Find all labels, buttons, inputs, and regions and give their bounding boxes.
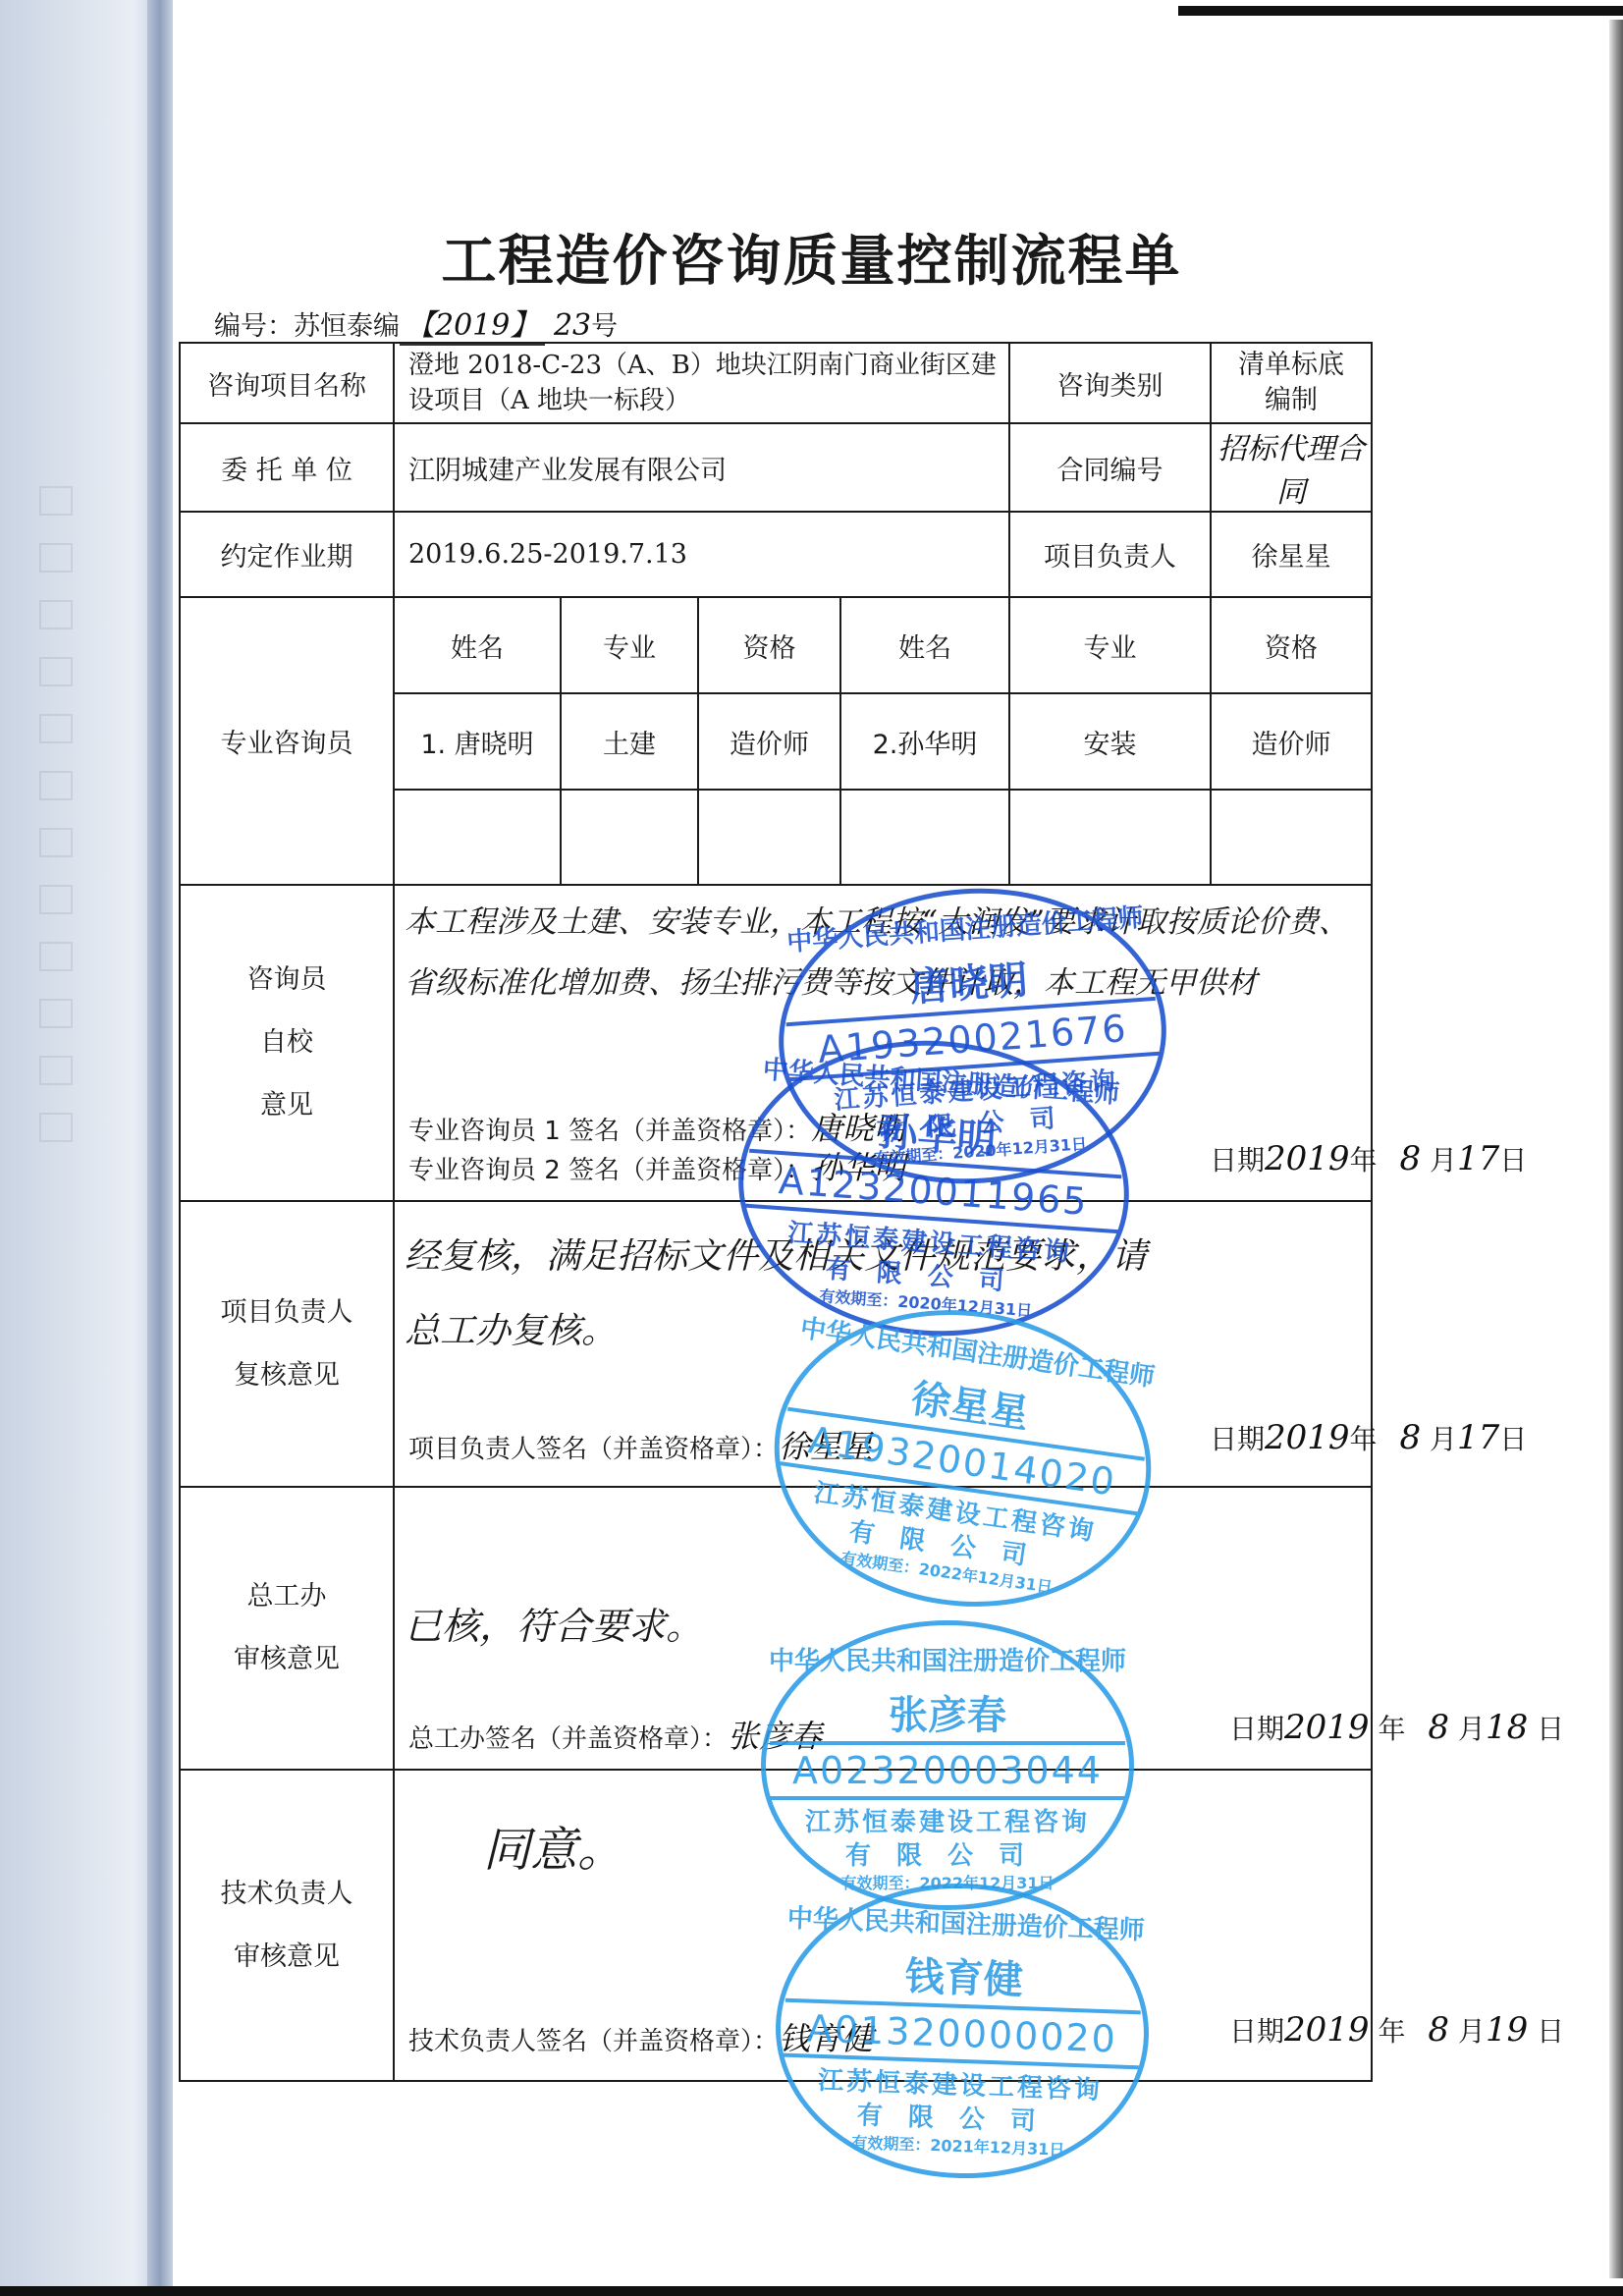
page-right-edge [1609, 20, 1623, 2278]
header-name-2: 姓名 [840, 597, 1009, 693]
chief-office-cell: 已核，符合要求。 总工办签名（并盖资格章）：张彦春 日期2019 年 8 月18… [394, 1487, 1372, 1770]
contract-label: 合同编号 [1009, 423, 1211, 512]
client-value: 江阴城建产业发展有限公司 [394, 423, 1009, 512]
chief-office-sign-line: 总工办签名（并盖资格章）：张彦春 [408, 1712, 822, 1757]
number-label: 编号：苏恒泰编 [214, 311, 400, 342]
consultant-2-specialty: 安装 [1009, 693, 1211, 790]
contract-value: 招标代理合同 [1211, 423, 1372, 512]
document-title: 工程造价咨询质量控制流程单 [0, 218, 1623, 297]
technical-sign-line: 技术负责人签名（并盖资格章）：钱育健 [408, 2014, 873, 2059]
client-label: 委 托 单 位 [180, 423, 394, 512]
binding-edge [147, 0, 173, 2296]
manager-review-date: 日期2019年 8 月17日 [1210, 1418, 1527, 1457]
scan-top-border [1178, 6, 1623, 16]
project-name-value: 澄地 2018-C-23（A、B）地块江阴南门商业街区建设项目（A 地块一标段） [394, 343, 1009, 423]
consultant-1-signature: 唐晓明 [811, 1110, 905, 1147]
self-check-opinion: 本工程涉及土建、安装专业，本工程按“大润发”要求计取按质论价费、省级标准化增加费… [405, 892, 1361, 1013]
number-suffix: 号 [591, 311, 618, 342]
section-manager-review: 项目负责人 复核意见 经复核，满足招标文件及相关文件规范要求，请总工办复核。 项… [180, 1201, 1372, 1487]
chief-office-date: 日期2019 年 8 月18 日 [1229, 1708, 1564, 1747]
quality-control-form: 咨询项目名称 澄地 2018-C-23（A、B）地块江阴南门商业街区建设项目（A… [179, 342, 1373, 2082]
period-label: 约定作业期 [180, 512, 394, 597]
manager-label: 项目负责人 [1009, 512, 1211, 597]
row-client: 委 托 单 位 江阴城建产业发展有限公司 合同编号 招标代理合同 [180, 423, 1372, 512]
consultant-1-qualification: 造价师 [698, 693, 840, 790]
consultant-2-signature: 孙华明 [811, 1149, 905, 1186]
technical-review-label: 技术负责人 审核意见 [180, 1770, 394, 2081]
empty-cell [840, 790, 1009, 885]
category-label: 咨询类别 [1009, 343, 1211, 423]
technical-review-cell: 同意。 技术负责人签名（并盖资格章）：钱育健 日期2019 年 8 月19 日 [394, 1770, 1372, 2081]
category-value: 清单标底编制 [1211, 343, 1372, 423]
manager-value: 徐星星 [1211, 512, 1372, 597]
number-seq: 23 [554, 308, 591, 343]
consultant-1-name: 1. 唐晓明 [394, 693, 561, 790]
consultant-2-qualification: 造价师 [1211, 693, 1372, 790]
manager-review-label: 项目负责人 复核意见 [180, 1201, 394, 1487]
scan-bottom-border [0, 2286, 1623, 2296]
manager-signature: 徐星星 [779, 1428, 873, 1465]
technical-signature: 钱育健 [779, 2020, 873, 2057]
project-name-label: 咨询项目名称 [180, 343, 394, 423]
self-check-label: 咨询员 自校 意见 [180, 885, 394, 1201]
consultant-1-specialty: 土建 [561, 693, 698, 790]
number-year: 2019 [435, 308, 510, 343]
manager-review-cell: 经复核，满足招标文件及相关文件规范要求，请总工办复核。 项目负责人签名（并盖资格… [394, 1201, 1372, 1487]
chief-office-opinion: 已核，符合要求。 [405, 1596, 1361, 1657]
chief-office-label: 总工办 审核意见 [180, 1487, 394, 1770]
consultant-2-sign-line: 专业咨询员 2 签名（并盖资格章）：孙华明 [408, 1143, 905, 1188]
empty-cell [561, 790, 698, 885]
header-qualification-1: 资格 [698, 597, 840, 693]
previous-page-bleed [0, 471, 147, 1155]
header-qualification-2: 资格 [1211, 597, 1372, 693]
row-consultant-headers: 专业咨询员 姓名 专业 资格 姓名 专业 资格 [180, 597, 1372, 693]
technical-review-date: 日期2019 年 8 月19 日 [1229, 2010, 1564, 2050]
empty-cell [1009, 790, 1211, 885]
manager-sign-line: 项目负责人签名（并盖资格章）：徐星星 [408, 1422, 873, 1467]
self-check-date: 日期2019年 8 月17日 [1210, 1139, 1527, 1178]
consultant-2-name: 2.孙华明 [840, 693, 1009, 790]
section-technical-review: 技术负责人 审核意见 同意。 技术负责人签名（并盖资格章）：钱育健 日期2019… [180, 1770, 1372, 2081]
header-specialty-1: 专业 [561, 597, 698, 693]
row-project-name: 咨询项目名称 澄地 2018-C-23（A、B）地块江阴南门商业街区建设项目（A… [180, 343, 1372, 423]
header-specialty-2: 专业 [1009, 597, 1211, 693]
empty-cell [394, 790, 561, 885]
self-check-cell: 本工程涉及土建、安装专业，本工程按“大润发”要求计取按质论价费、省级标准化增加费… [394, 885, 1372, 1201]
manager-review-opinion: 经复核，满足招标文件及相关文件规范要求，请总工办复核。 [405, 1220, 1155, 1369]
section-self-check: 咨询员 自校 意见 本工程涉及土建、安装专业，本工程按“大润发”要求计取按质论价… [180, 885, 1372, 1201]
header-name-1: 姓名 [394, 597, 561, 693]
section-chief-office-review: 总工办 审核意见 已核，符合要求。 总工办签名（并盖资格章）：张彦春 日期201… [180, 1487, 1372, 1770]
technical-review-opinion: 同意。 [483, 1820, 1361, 1881]
period-value: 2019.6.25-2019.7.13 [394, 512, 1009, 597]
chief-office-signature: 张彦春 [728, 1718, 822, 1755]
row-period: 约定作业期 2019.6.25-2019.7.13 项目负责人 徐星星 [180, 512, 1372, 597]
document-number: 编号：苏恒泰编【2019】 23号 [214, 301, 618, 346]
empty-cell [1211, 790, 1372, 885]
empty-cell [698, 790, 840, 885]
consultants-label: 专业咨询员 [180, 597, 394, 885]
